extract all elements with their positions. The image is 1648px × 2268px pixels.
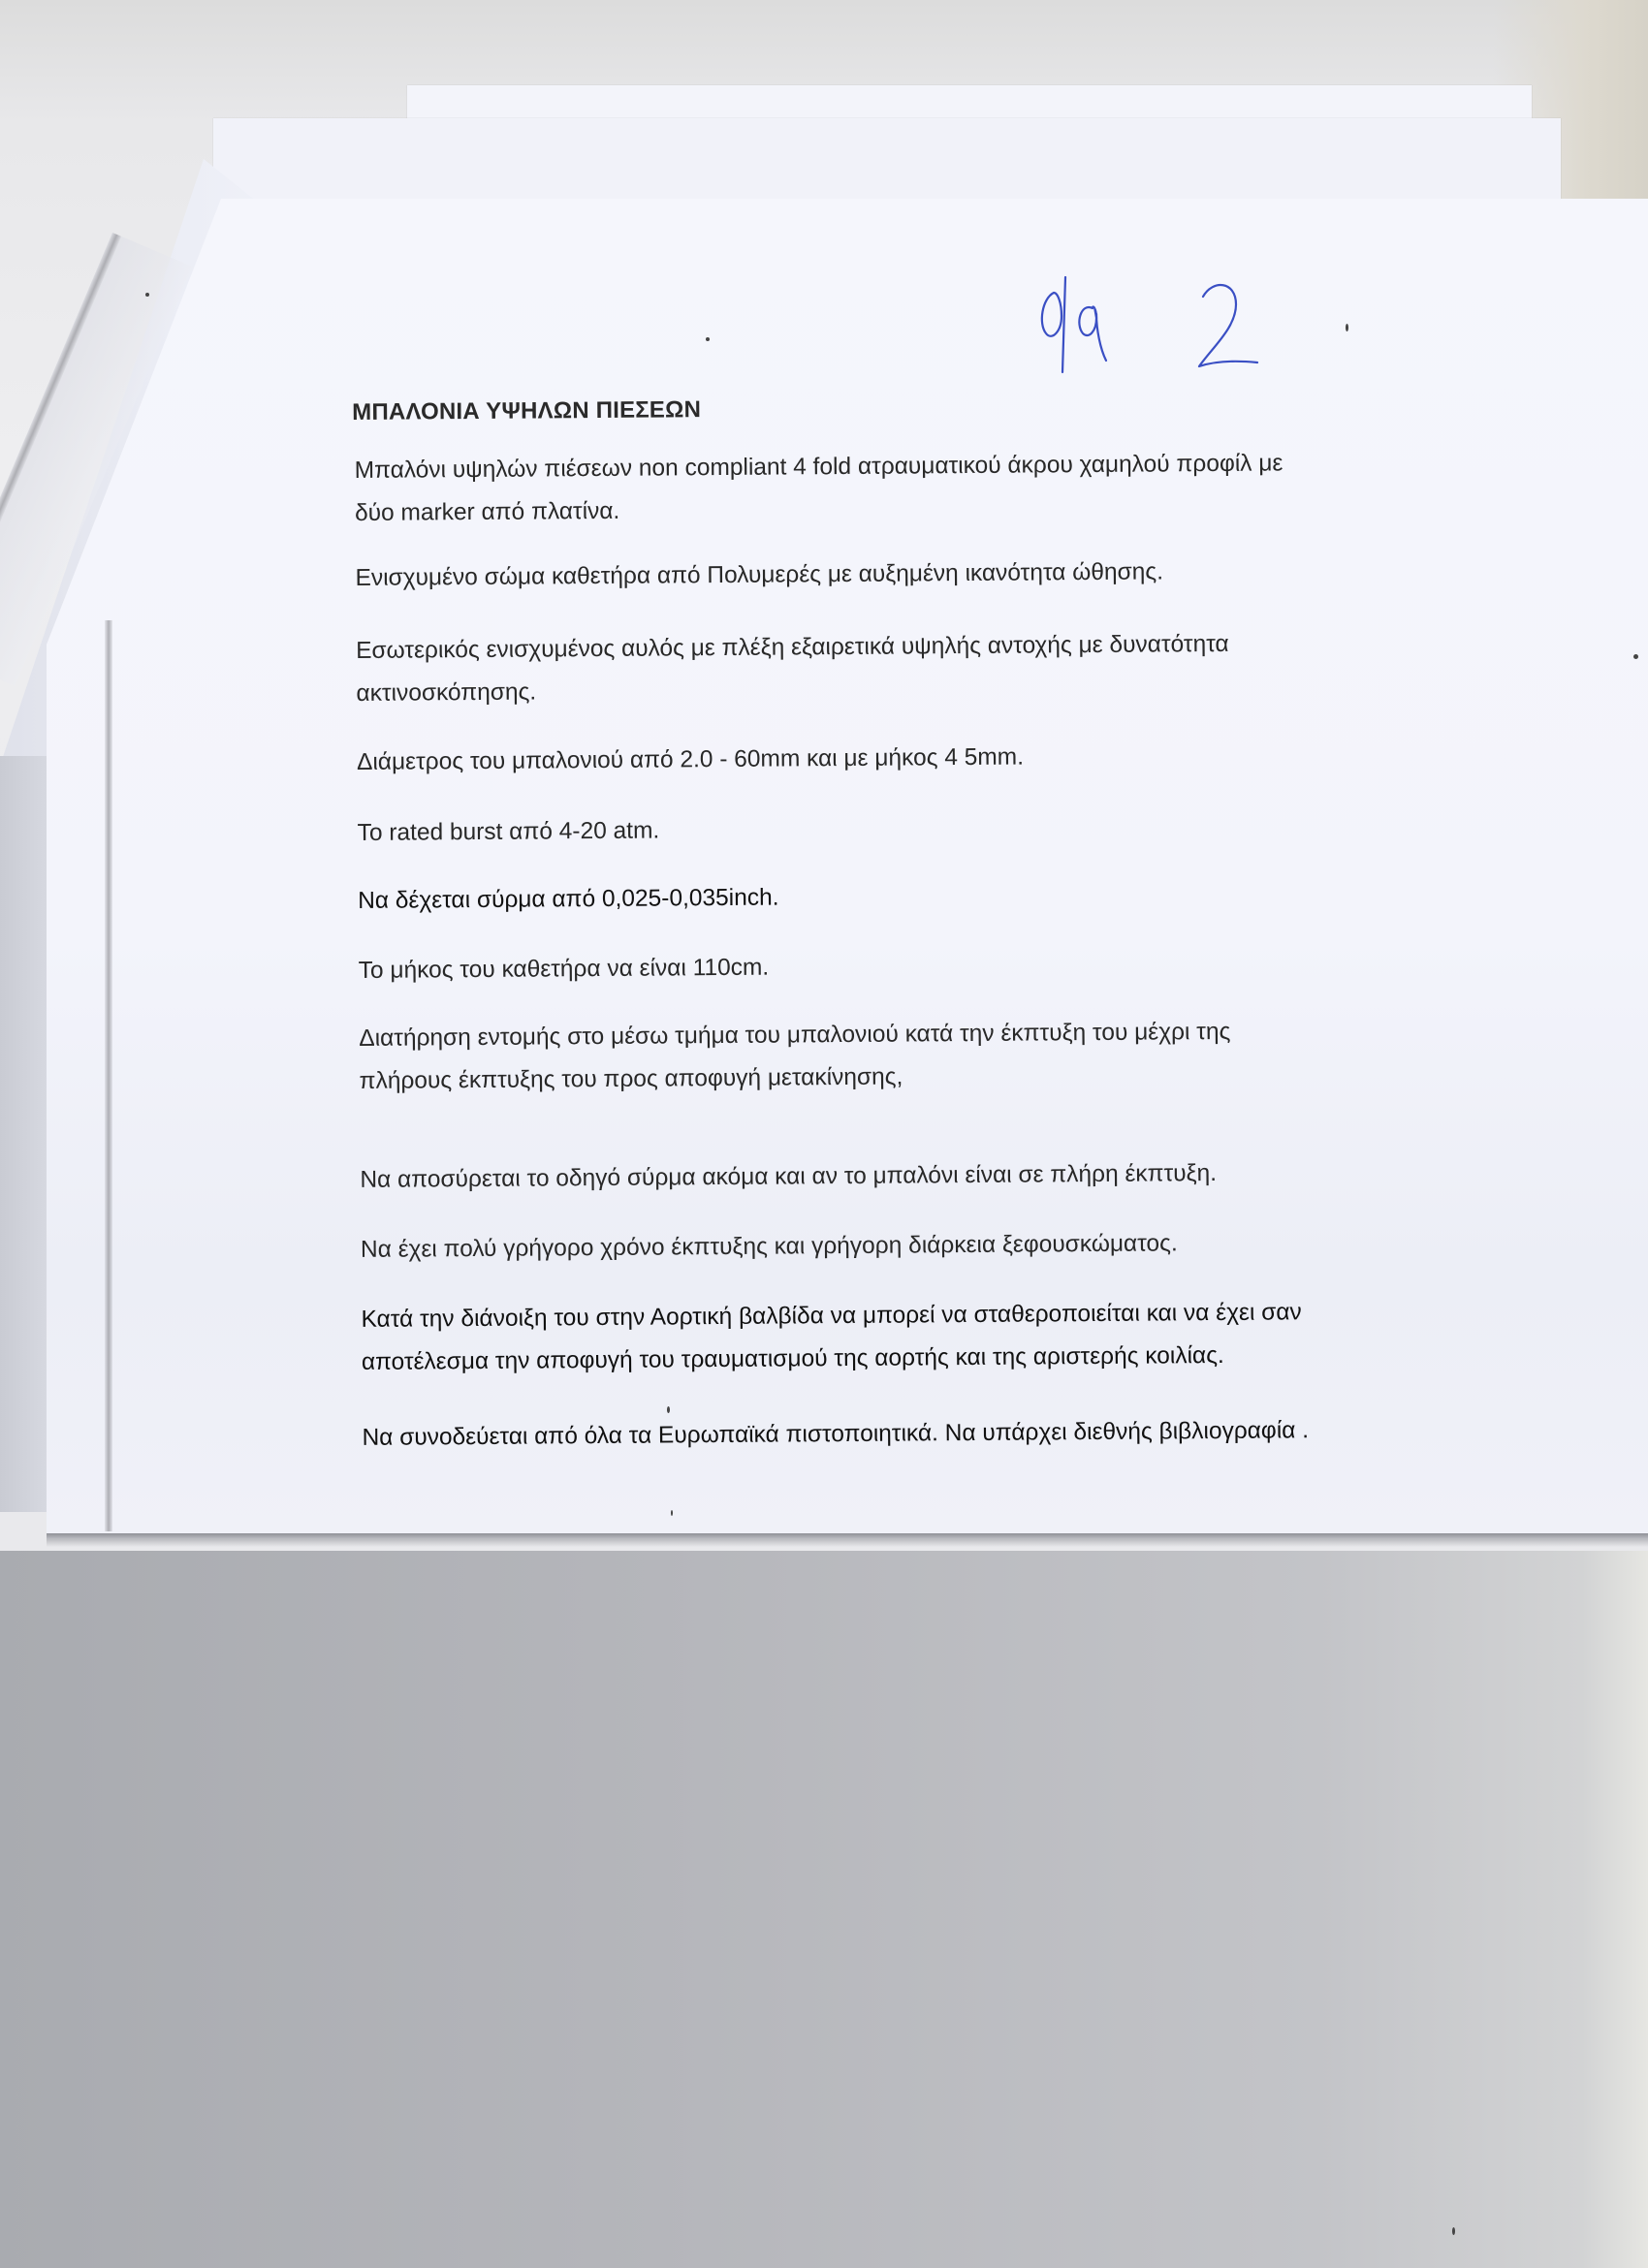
page-fold-crease xyxy=(105,620,112,1531)
scan-speck xyxy=(667,1406,670,1413)
spec-line: Το μήκος του καθετήρα να είναι 110cm. xyxy=(359,955,770,984)
spec-paragraph-wire-withdrawal: Να αποσύρεται το οδηγό σύρμα ακόμα και α… xyxy=(360,1152,1217,1202)
spec-line: Ενισχυμένο σώμα καθετήρα από Πολυμερές μ… xyxy=(355,558,1163,591)
scan-speck xyxy=(671,1510,673,1516)
spec-paragraph-inner-lumen: Εσωτερικός ενισχυμένος αυλός με πλέξη εξ… xyxy=(356,623,1229,715)
scan-speck xyxy=(145,293,149,297)
spec-line: Να αποσύρεται το οδηγό σύρμα ακόμα και α… xyxy=(360,1160,1217,1193)
spec-paragraph-certification: Να συνοδεύεται από όλα τα Ευρωπαϊκά πιστ… xyxy=(362,1409,1309,1460)
spec-line: ακτινοσκόπησης. xyxy=(356,678,536,706)
scan-speck xyxy=(1633,654,1638,659)
spec-paragraph-waist: Διατήρηση εντομής στο μέσω τμήμα του μπα… xyxy=(359,1011,1231,1103)
spec-paragraph-diameter: Διάμετρος του μπαλονιού από 2.0 - 60mm κ… xyxy=(357,737,1024,784)
spec-line: Να συνοδεύεται από όλα τα Ευρωπαϊκά πιστ… xyxy=(362,1417,1309,1451)
spec-line: Να δέχεται σύρμα από 0,025-0,035inch. xyxy=(358,885,779,914)
spec-line: Διατήρηση εντομής στο μέσω τμήμα του μπα… xyxy=(359,1019,1230,1052)
spec-line: αποτέλεσμα την αποφυγή του τραυματισμού … xyxy=(362,1342,1224,1375)
spec-line: Κατά την διάνοιξη του στην Αορτική βαλβί… xyxy=(361,1299,1301,1333)
handwritten-ink xyxy=(1032,260,1284,386)
spec-line: Εσωτερικός ενισχυμένος αυλός με πλέξη εξ… xyxy=(356,631,1229,664)
spec-paragraph-rated-burst: Το rated burst από 4-20 atm. xyxy=(357,809,659,854)
scan-speck xyxy=(1452,2227,1455,2235)
scan-speck xyxy=(706,337,710,341)
spec-line: Να έχει πολύ γρήγορο χρόνο έκπτυξης και … xyxy=(361,1230,1178,1263)
spec-line: πλήρους έκπτυξης του προς αποφυγή μετακί… xyxy=(360,1064,903,1094)
spec-paragraph-guidewire: Να δέχεται σύρμα από 0,025-0,035inch. xyxy=(358,877,779,923)
document-title: ΜΠΑΛΟΝΙΑ ΥΨΗΛΩΝ ΠΙΕΣΕΩΝ xyxy=(352,396,701,426)
spec-line: Μπαλόνι υψηλών πιέσεων non compliant 4 f… xyxy=(355,450,1284,484)
handwritten-annotation: Φ/α 2 xyxy=(1032,260,1284,386)
spec-paragraph-aortic-valve: Κατά την διάνοιξη του στην Αορτική βαλβί… xyxy=(361,1291,1302,1384)
spec-paragraph-catheter-length: Το μήκος του καθετήρα να είναι 110cm. xyxy=(359,947,770,992)
spec-line: Το rated burst από 4-20 atm. xyxy=(358,817,660,845)
spec-line: δύο marker από πλατίνα. xyxy=(355,498,620,526)
spec-paragraph-balloon: Μπαλόνι υψηλών πιέσεων non compliant 4 f… xyxy=(355,442,1284,535)
scan-speck xyxy=(1346,324,1348,331)
spec-line: Διάμετρος του μπαλονιού από 2.0 - 60mm κ… xyxy=(357,744,1024,775)
page-bottom-shadow xyxy=(47,1533,1648,1547)
spec-paragraph-inflation-time: Να έχει πολύ γρήγορο χρόνο έκπτυξης και … xyxy=(361,1222,1178,1272)
spec-paragraph-catheter-body: Ενισχυμένο σώμα καθετήρα από Πολυμερές μ… xyxy=(355,551,1163,600)
